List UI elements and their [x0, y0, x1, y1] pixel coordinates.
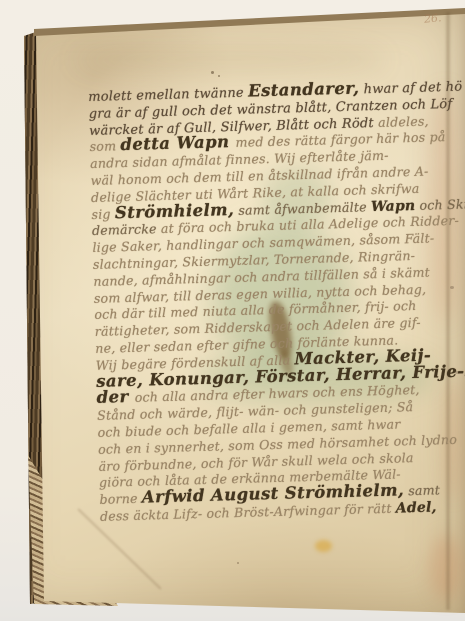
manuscript-text: molett emellan twänne Estandarer, hwar a…: [88, 78, 465, 525]
ink-speck: [218, 75, 220, 77]
manuscript-text-segment: der: [96, 387, 135, 407]
ink-speck: [237, 562, 239, 564]
manuscript-text-segment: aldeles,: [378, 113, 429, 129]
manuscript-text-segment: borne: [99, 491, 142, 507]
paper-wrinkle-shading: [75, 44, 385, 76]
manuscript-text-segment: samt: [404, 482, 440, 498]
yellow-stain-spot: [315, 540, 332, 552]
manuscript-scan: 26. molett emellan twänne Estandarer, hw…: [0, 0, 465, 621]
folio-number-annotation: 26.: [423, 11, 442, 25]
manuscript-text-segment: demärcke: [92, 221, 161, 238]
manuscript-text-segment: sig: [91, 206, 115, 222]
manuscript-text-segment: som: [89, 139, 120, 155]
manuscript-text-segment: Adel,: [396, 499, 437, 516]
manuscript-text-segment: Wapn: [371, 197, 416, 214]
manuscript-text-segment: och Skiöl-: [415, 196, 465, 213]
ink-speck: [211, 71, 214, 74]
